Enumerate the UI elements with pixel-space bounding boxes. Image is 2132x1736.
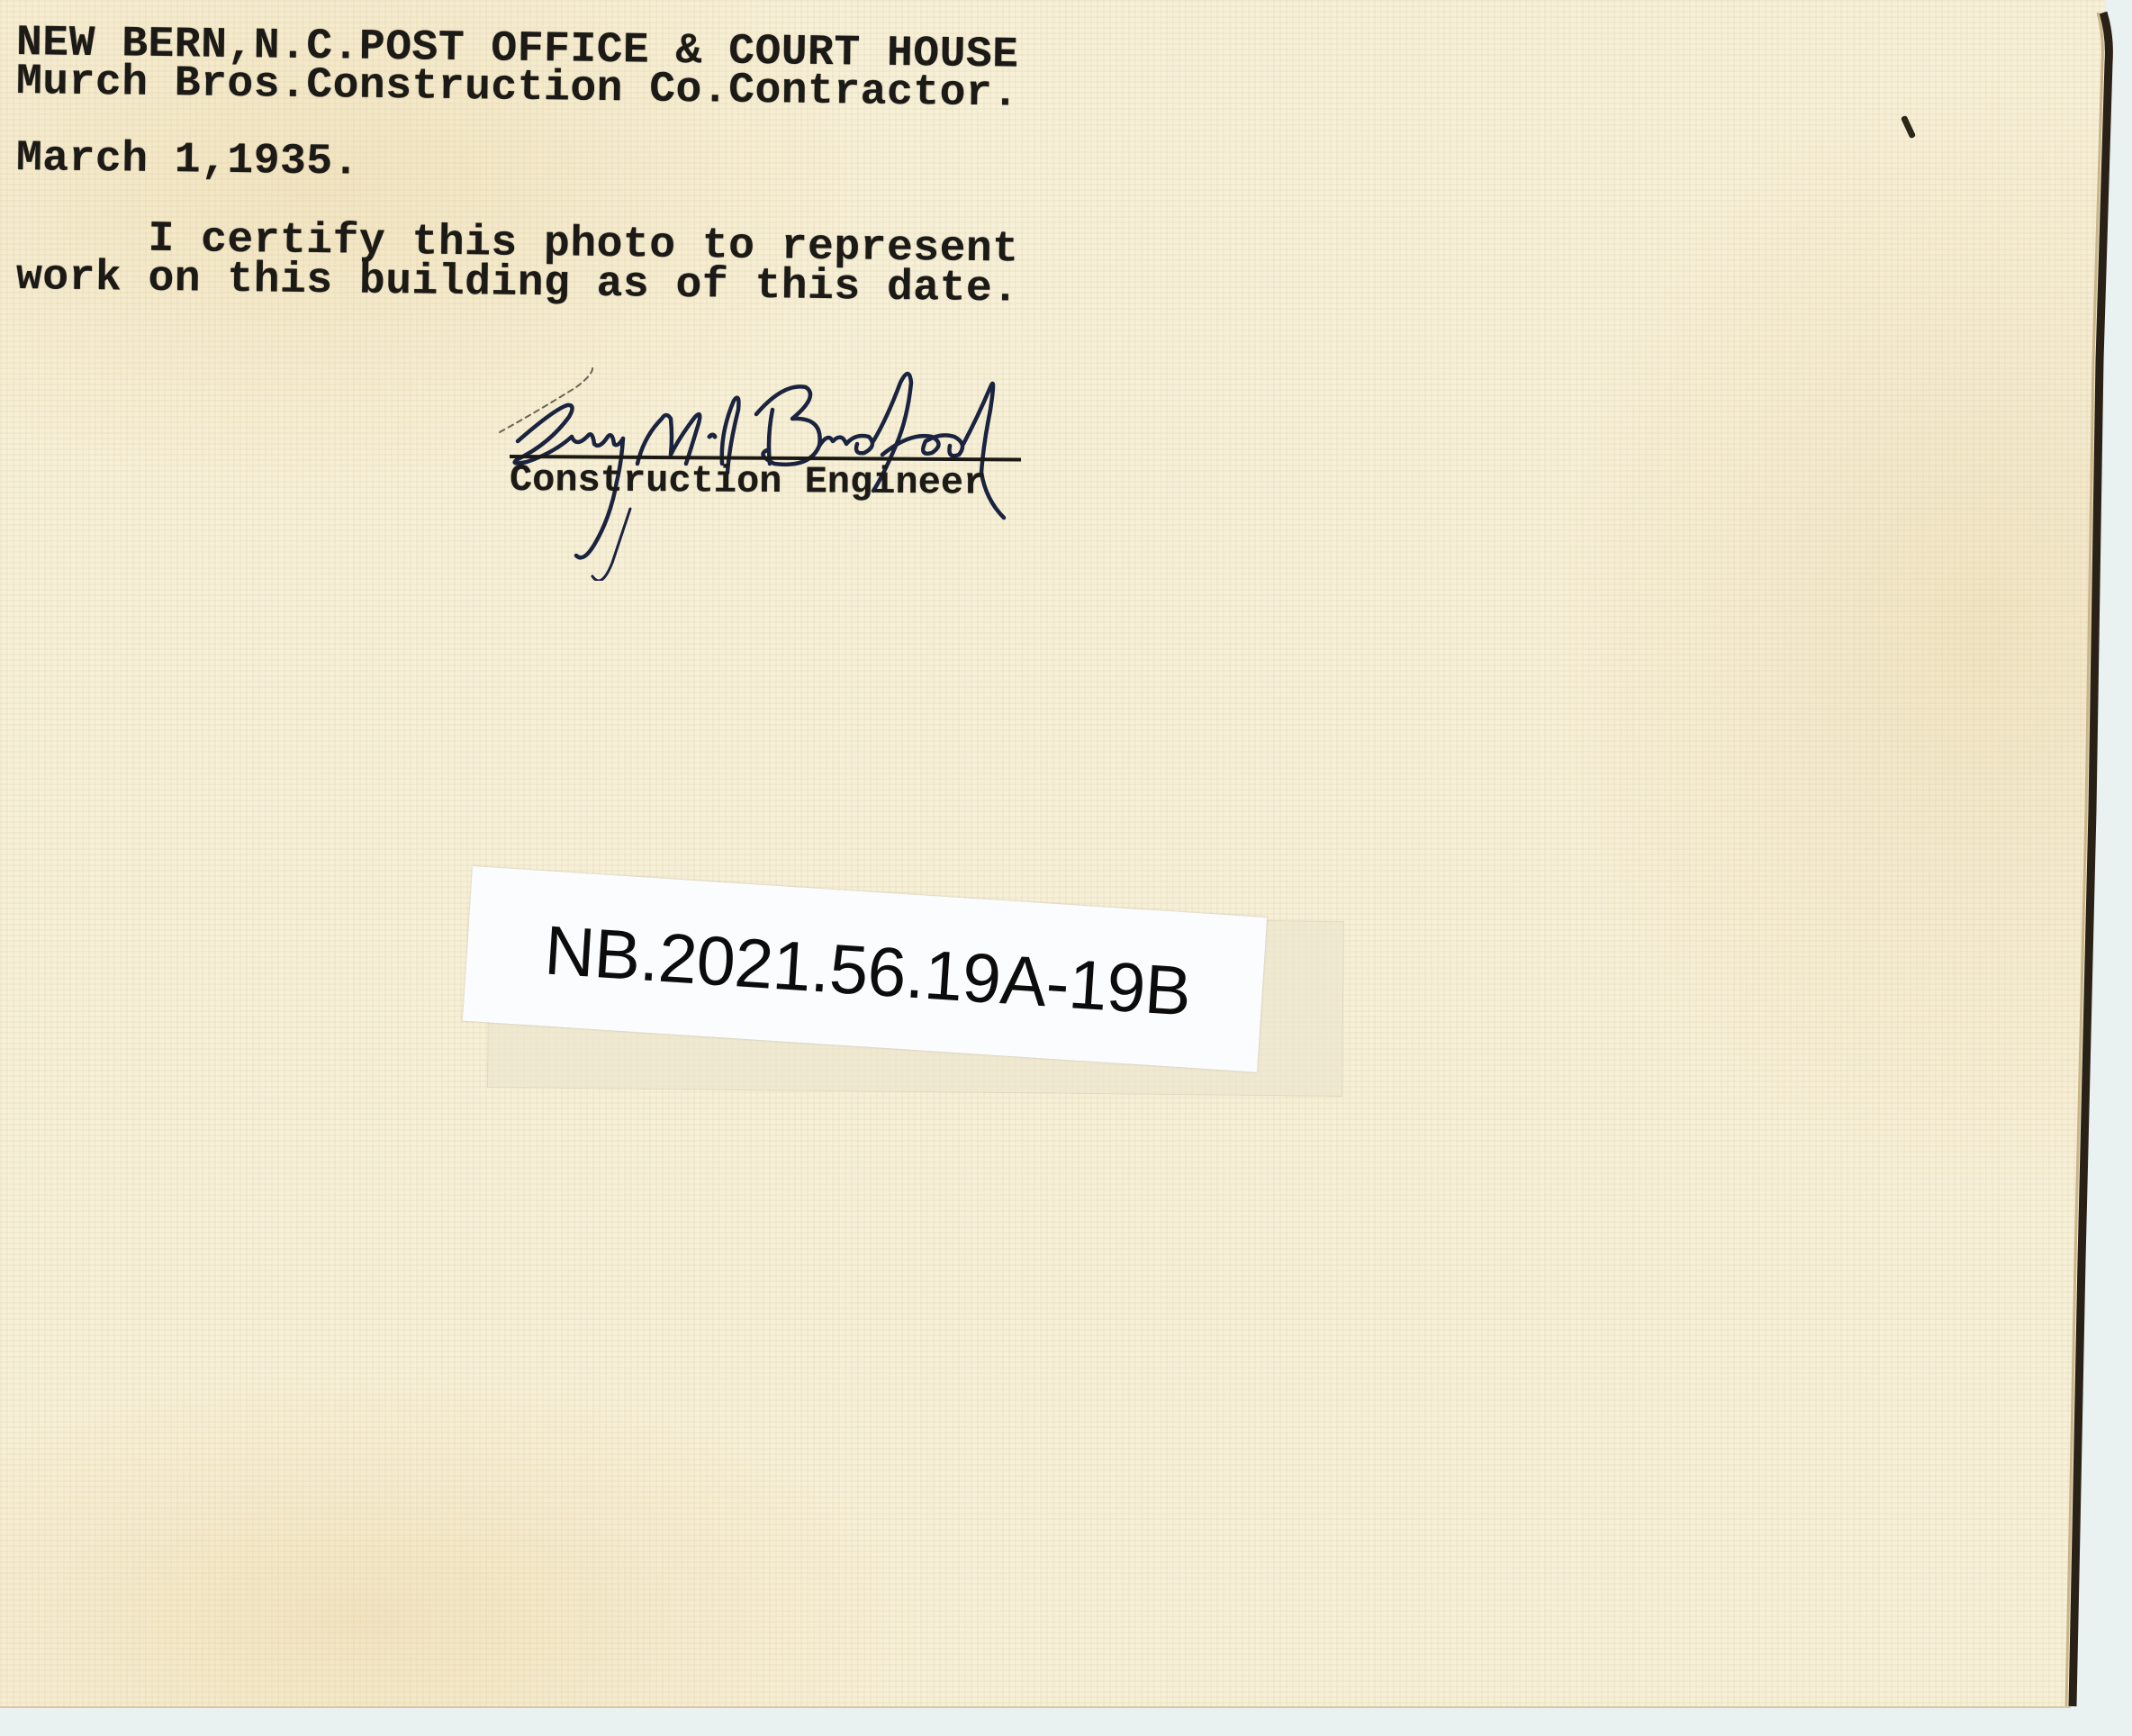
typed-line-date: March 1,1935. — [16, 137, 360, 185]
typed-line-contractor: Murch Bros.Construction Co.Contractor. — [16, 60, 1019, 116]
accession-number: NB.2021.56.19A-19B — [542, 910, 1193, 1032]
signature-title: Construction Engineer — [510, 461, 987, 502]
typed-line-certify-cont: work on this building as of this date. — [16, 256, 1019, 312]
